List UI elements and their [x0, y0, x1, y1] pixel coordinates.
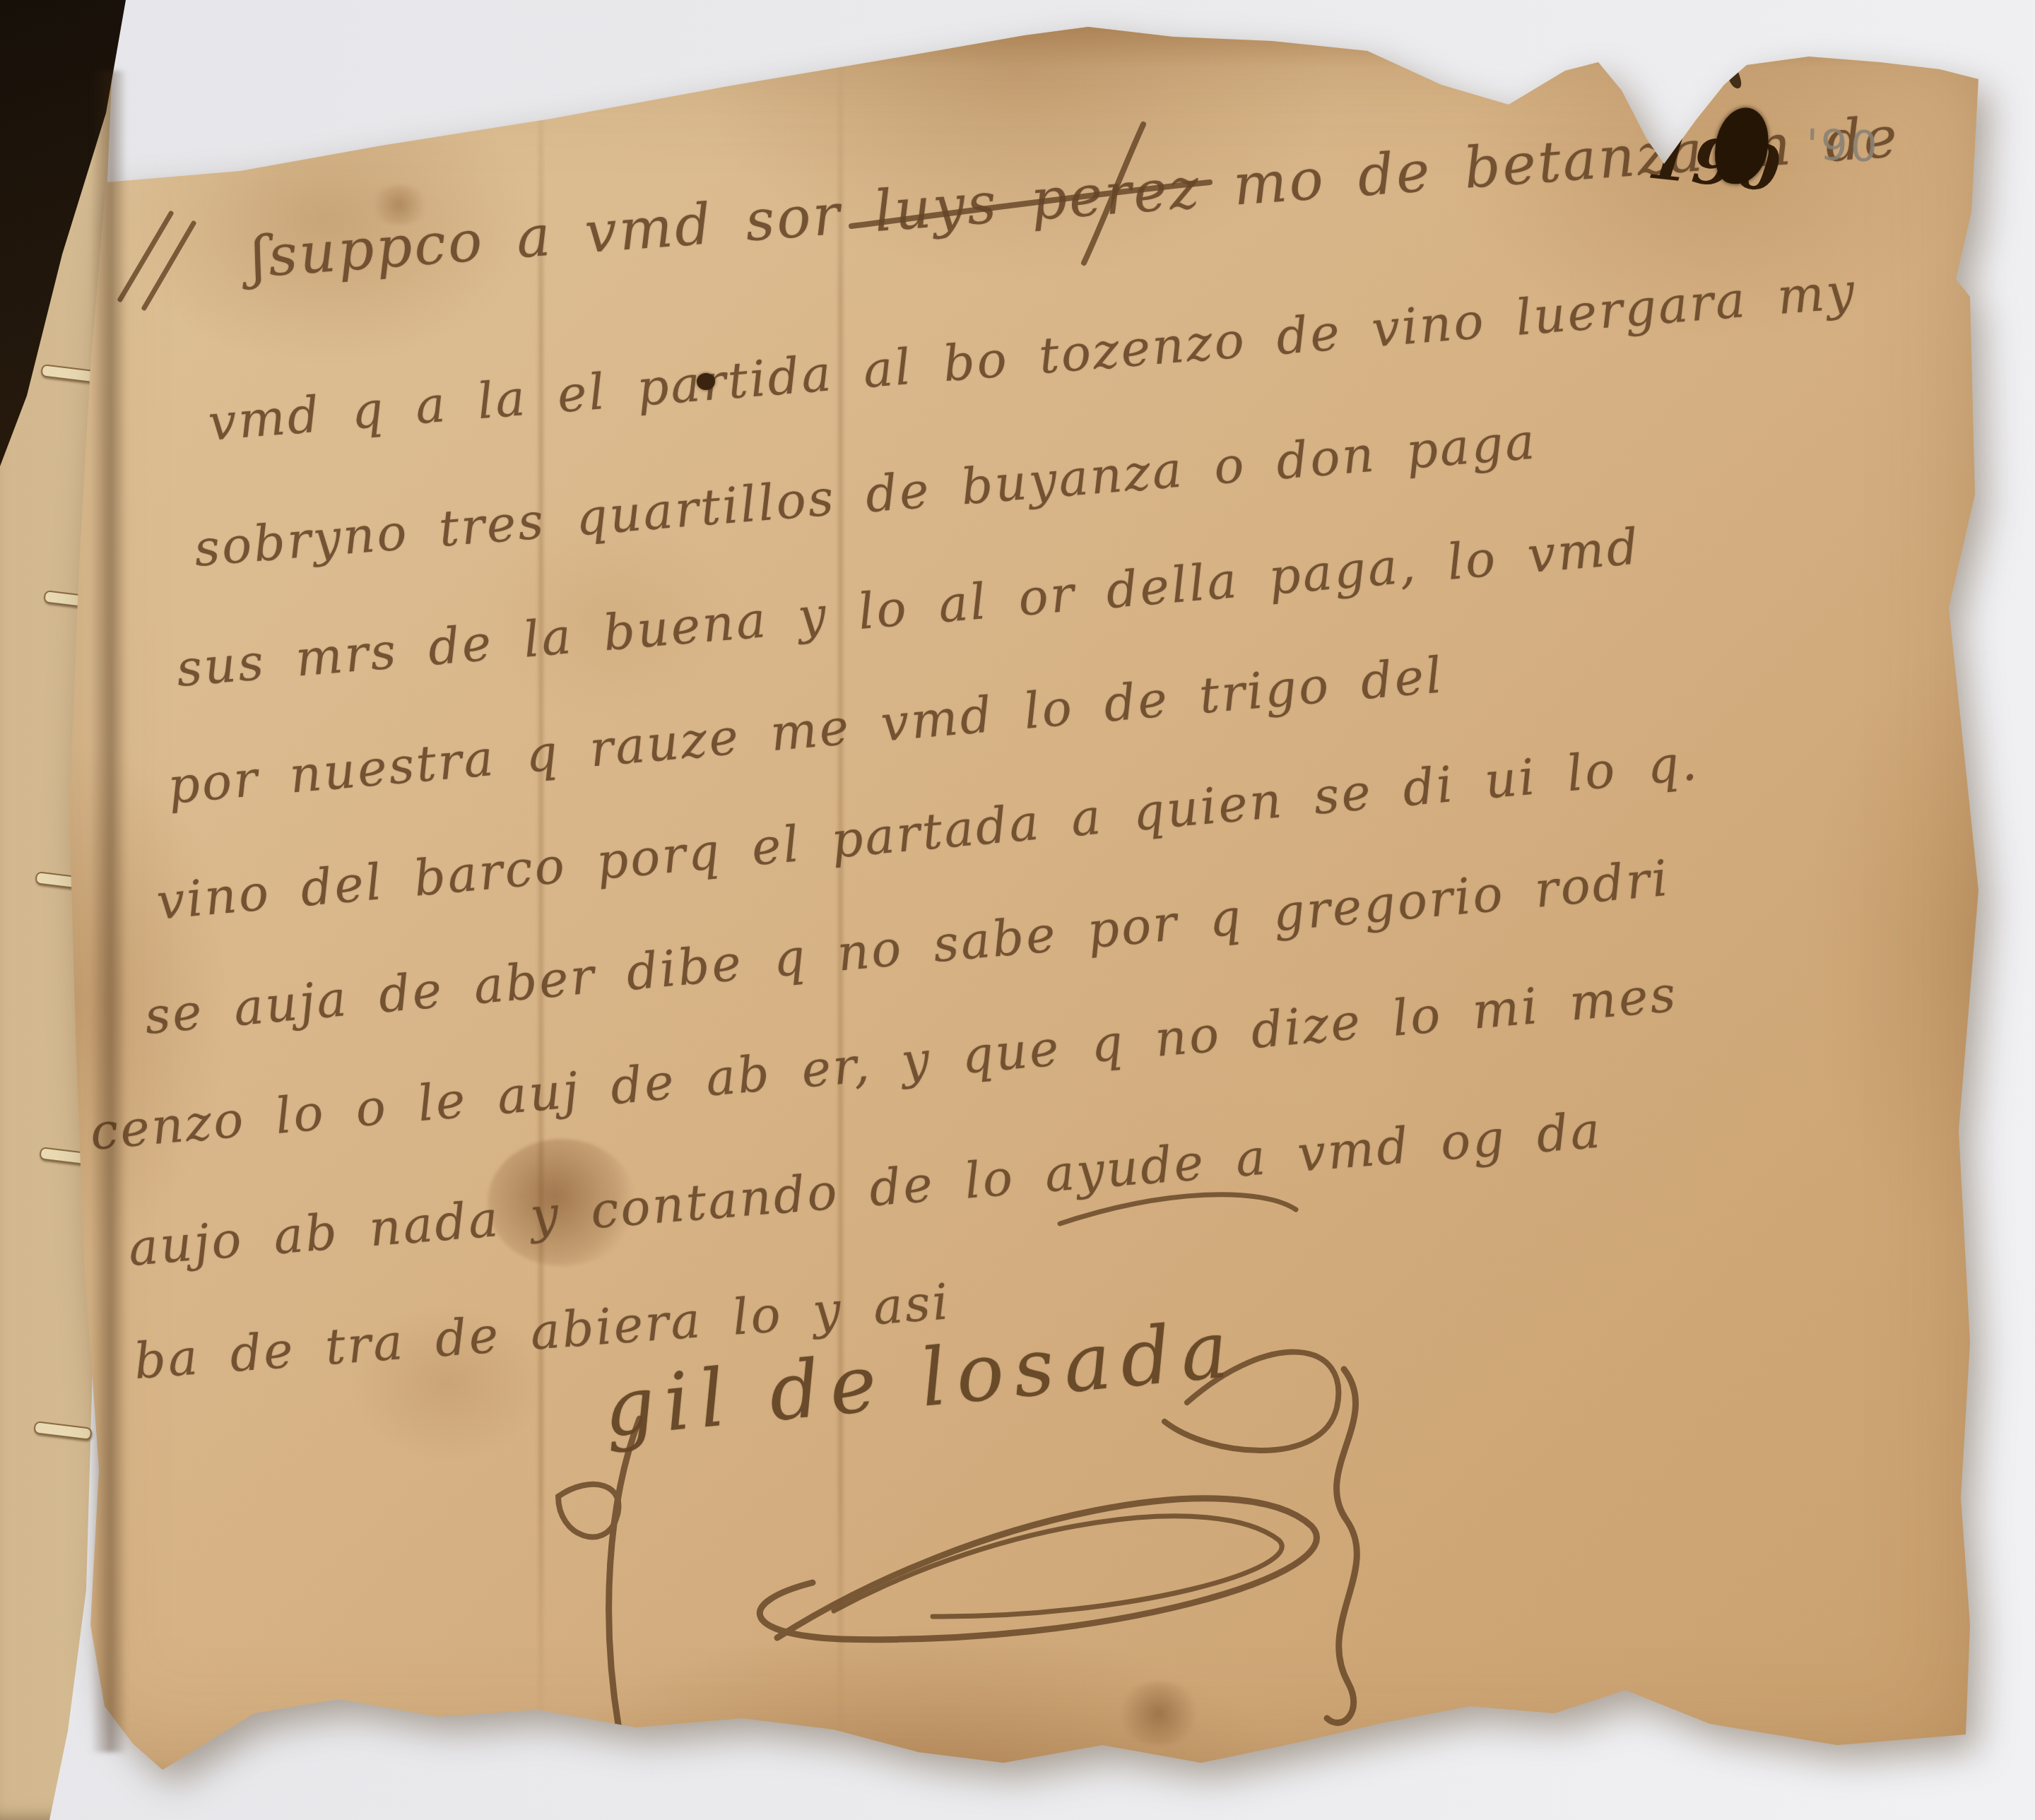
signature-rubric-loops — [760, 1499, 1316, 1640]
margin-slash-mark — [120, 213, 171, 300]
signature-rubric-left-staff — [598, 1419, 639, 1776]
manuscript-line-2: vmd q a la el partida al bo tozenzo de v… — [206, 262, 1859, 452]
manuscript-page: 190 '90 ʃsuppco a vmd sor luys perez mo … — [0, 0, 2035, 1820]
scan-background: 190 '90 ʃsuppco a vmd sor luys perez mo … — [0, 0, 2035, 1820]
page-wrap: 190 '90 ʃsuppco a vmd sor luys perez mo … — [0, 0, 2035, 1820]
fold-crease — [838, 42, 843, 1738]
folio-number-pencil: '90 — [1805, 120, 1881, 172]
signature-rubric-left-loop — [558, 1484, 619, 1537]
signature-rubric-right-zigzag — [1327, 1369, 1357, 1722]
ink-blot — [1725, 64, 1743, 90]
paper-stain — [1116, 1682, 1201, 1745]
manuscript-line-1: ʃsuppco a vmd sor luys perez mo de betan… — [249, 104, 1901, 290]
margin-slash-mark — [144, 223, 194, 308]
signature-rubric-loops-inner — [834, 1516, 1282, 1617]
wormhole — [697, 373, 715, 390]
